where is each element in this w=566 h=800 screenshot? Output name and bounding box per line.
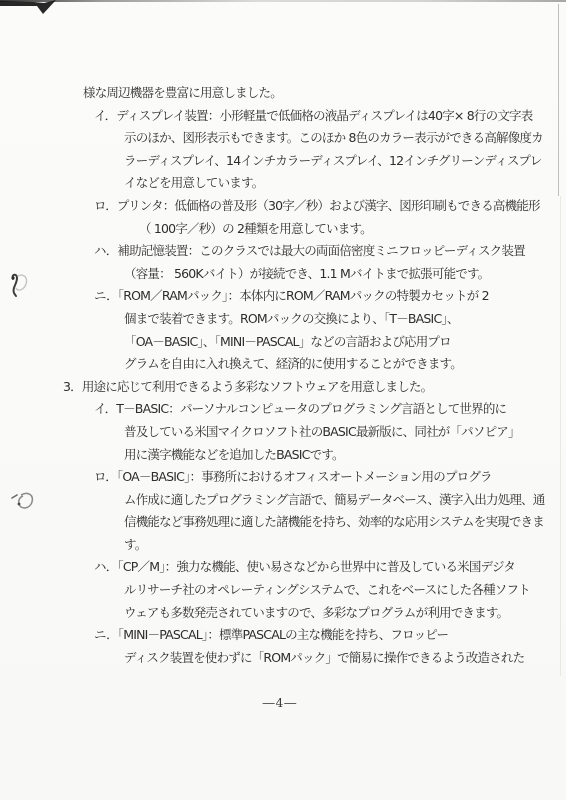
text-line: 用に漢字機能などを追加したBASICです。 [0, 444, 566, 467]
text-line: ム作成に適したプログラミング言語で、簡易データベース、漢字入出力処理、通 [0, 489, 566, 512]
page-number: ―4― [238, 696, 322, 710]
text-line: ハ．「CP／M」：強力な機能、使い易さなどから世界中に普及している米国デジタ [0, 556, 566, 579]
scan-top-edge-line [0, 0, 566, 2]
corner-fold-artifact [0, 0, 62, 18]
text-line: イ．T－BASIC：パーソナルコンピュータのプログラミング言語として世界的に [0, 398, 566, 421]
text-line: ニ．「ROM／RAMパック」：本体内にROM／RAMパックの特製カセットが 2 [0, 285, 566, 308]
text-line: ディスク装置を使わずに「ROMパック」で簡易に操作できるよう改造された [0, 647, 566, 670]
text-line: ハ．補助記憶装置：このクラスでは最大の両面倍密度ミニフロッピーディスク装置 [0, 240, 566, 263]
text-line: 示のほか、図形表示もできます。このほか 8色のカラー表示ができる高解像度カ [0, 127, 566, 150]
text-line: （ 100字／秒）の 2種類を用意しています。 [0, 218, 566, 241]
text-line: 個まで装着できます。ROMパックの交換により、「T－BASIC」、 [0, 308, 566, 331]
text-line: 「OA－BASIC」、「MINI－PASCAL」などの言語および応用プロ [0, 331, 566, 354]
text-line: ロ．「OA－BASIC」：事務所におけるオフィスオートメーション用のプログラ [0, 466, 566, 489]
text-line: ルリサーチ社のオペレーティングシステムで、これをベースにした各種ソフト [0, 579, 566, 602]
text-line: 様な周辺機器を豊富に用意しました。 [0, 82, 566, 105]
text-line: 普及している米国マイクロソフト社のBASIC最新版に、同社が「パソピア」 [0, 421, 566, 444]
text-line: イ．ディスプレイ装置：小形軽量で低価格の液晶ディスプレイは40字× 8行の文字表 [0, 105, 566, 128]
text-line: ロ．プリンタ：低価格の普及形（30字／秒）および漢字、図形印刷もできる高機能形 [0, 195, 566, 218]
document-body: 様な周辺機器を豊富に用意しました。イ．ディスプレイ装置：小形軽量で低価格の液晶デ… [0, 82, 566, 669]
text-line: ウェアも多数発売されていますので、多彩なプログラムが利用できます。 [0, 602, 566, 625]
text-line: ラーディスプレイ、14インチカラーディスプレイ、12インチグリーンディスプレ [0, 150, 566, 173]
text-line: す。 [0, 534, 566, 557]
text-line: ニ．「MINI－PASCAL」：標準PASCALの主な機能を持ち、フロッピー [0, 624, 566, 647]
text-line: 3．用途に応じて利用できるよう多彩なソフトウェアを用意しました。 [0, 376, 566, 399]
text-line: 信機能など事務処理に適した諸機能を持ち、効率的な応用システムを実現できま [0, 511, 566, 534]
text-line: （容量： 560Kバイト）が接続でき、1.1 Mバイトまで拡張可能です。 [0, 263, 566, 286]
text-line: イなどを用意しています。 [0, 172, 566, 195]
scanned-document-page: 様な周辺機器を豊富に用意しました。イ．ディスプレイ装置：小形軽量で低価格の液晶デ… [0, 0, 566, 800]
text-line: グラムを自由に入れ換えて、経済的に使用することができます。 [0, 353, 566, 376]
